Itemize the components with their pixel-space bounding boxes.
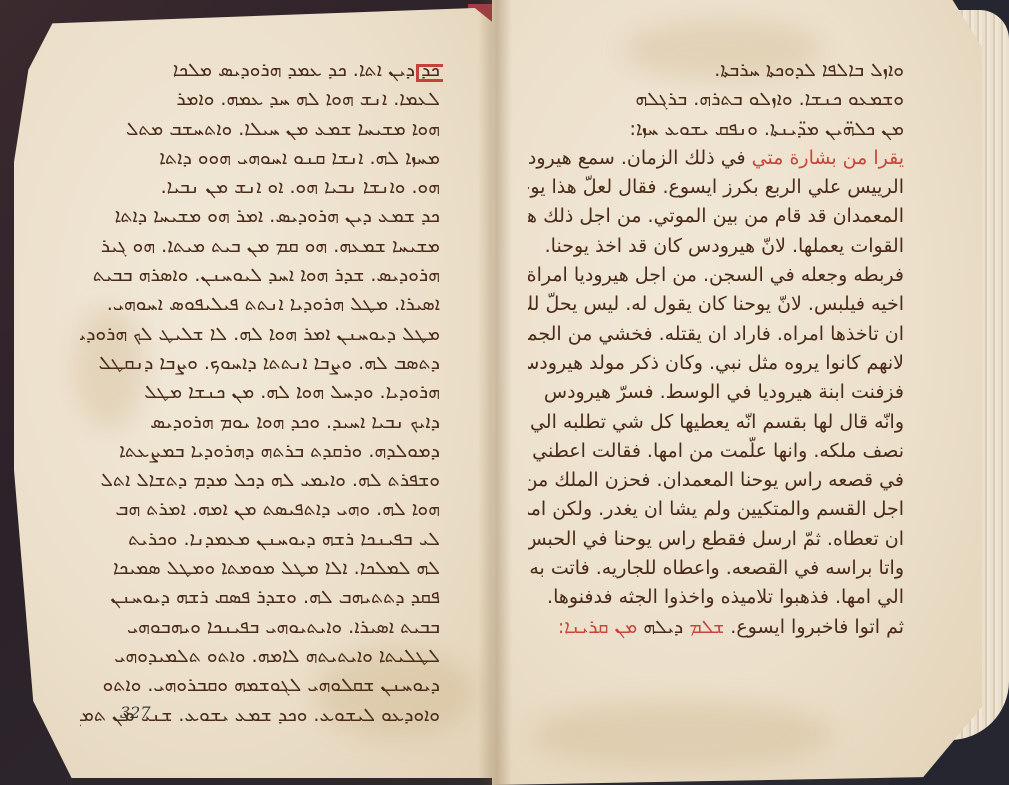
manuscript-line: ܗܘܐ ܡܫܝܚܐ ܫܡܥ ܡܢ ܚܝܠܐ. ܘܐܬܚܫܒ ܡܬܠ: [80, 115, 440, 144]
manuscript-line: ܒܒܝܬ ܐܣܝܪܐ. ܘܐܝܬܝܘܗܝ ܒܦܝܢܟܐ ܘܝܗܒܘܗܝ: [80, 613, 440, 642]
manuscript-line: ܟܕ ܕܝܢ ܐܬܐ. ܟܕ ܥܡܕ ܗܪܘܕܝܣ ܡܠܟܐ: [80, 56, 440, 85]
manuscript-line: ان تاخذها امراه. فاراد ان يقتله. فخشي من…: [528, 320, 904, 349]
manuscript-line: ܗܪܘܕܝܐ. ܘܕܚܠ ܗܘܐ ܠܗ. ܡܢ ܟܢܫܐ ܡܛܠ: [80, 378, 440, 407]
manuscript-line: ܡܫܝܚܐ ܫܡܥܗ. ܗܘ ܩܡ ܡܢ ܒܝܬ ܡܝܬܐ. ܗܘ ܓܝܪ: [80, 232, 440, 261]
manuscript-line: واتا براسه في القصعه. واعطاه للجاريه. فا…: [528, 554, 904, 583]
line-text: المعمدان قد قام من بين الموتي. من اجل ذل…: [528, 205, 904, 227]
manuscript-line: اخيه فيلبس. لانّ يوحنا كان يقول له. ليس …: [528, 290, 904, 319]
line-text: وانّه قال لها بقسم انّه يعطيها كل شي تطل…: [530, 411, 904, 433]
manuscript-line: في قصعه راس يوحنا المعمدان. فحزن الملك م…: [528, 466, 904, 495]
manuscript-line: ܗܪܘܕܝܣ. ܫܕܪ ܗܘܐ ܐܚܕ ܠܝܘܚܢܢ. ܘܐܣܪܗ ܒܒܝܬ: [80, 261, 440, 290]
manuscript-line: ܠܥܡܐ. ܐܢܫ ܗܘܐ ܠܗ ܚܕ ܥܡܗ. ܘܐܡܪ: [80, 85, 440, 114]
manuscript-line: ܗܘ. ܘܐܢܫܐ ܢܒܝܐ ܗܘ. ܐܘ ܐܢܫ ܡܢ ܢܒܝܐ.: [80, 173, 440, 202]
line-text: اجل القسم والمتكيين ولم يشا ان يغدر. ولك…: [528, 498, 904, 520]
manuscript-line: القوات يعملها. لانّ هيرودس كان قد اخذ يو…: [528, 232, 904, 261]
manuscript-line: لانهم كانوا يروه مثل نبي. وكان ذكر مولد …: [528, 349, 904, 378]
manuscript-line: المعمدان قد قام من بين الموتي. من اجل ذل…: [528, 202, 904, 231]
manuscript-line: فربطه وجعله في السجن. من اجل هيروديا امر…: [528, 261, 904, 290]
line-text: ان تعطاه. ثمّ ارسل فقطع راس يوحنا في الح…: [528, 528, 904, 550]
right-page-text: ܘܐܙܠ ܒܐܠܦܐ ܠܕܘܟܬܐ ܚܪܒܬܐ.ܘܫܡܥܘ ܟܢܫܐ. ܘܐܙܠ…: [528, 56, 904, 642]
manuscript-line: ܠܝ ܒܦܝܢܟܐ ܪܫܗ ܕܝܘܚܢܢ ܡܥܡܕܢܐ. ܘܟܪܝܬ: [80, 525, 440, 554]
manuscript-line: ܡܢ ܟܠܗ̈ܝܢ ܡܕ̈ܝܢܬܐ. ܘܢܦܩ ܝܫܘܥ ܚܙܐ:: [528, 115, 904, 144]
manuscript-line: ܘܫܦܪܬ ܠܗ. ܘܐܝܡܝ ܠܗ ܕܟܠ ܡܕܡ ܕܬܫܐܠ ܐܬܠ: [80, 466, 440, 495]
manuscript-line: نصف ملكه. وانها علّمت من امها. فقالت اعط…: [528, 437, 904, 466]
manuscript-line: اجل القسم والمتكيين ولم يشا ان يغدر. ولك…: [528, 495, 904, 524]
rubric-text: ܫܠܡ: [689, 616, 724, 638]
rubric-text: يقرا من بشارة متي: [752, 147, 904, 169]
manuscript-line: ܦܩܕ ܕܬܬܝܗܒ ܠܗ. ܘܫܕܪ ܦܣܩ ܪܫܗ ܕܝܘܚܢܢ: [80, 583, 440, 612]
water-stain: [532, 700, 832, 770]
line-text: فربطه وجعله في السجن. من اجل هيروديا امر…: [528, 264, 904, 286]
left-page-text: ܟܕ ܕܝܢ ܐܬܐ. ܟܕ ܥܡܕ ܗܪܘܕܝܣ ܡܠܟܐܠܥܡܐ. ܐܢܫ …: [80, 56, 440, 730]
rubric-text: ܡܢ ܩܪܝܢܐ:: [558, 616, 637, 638]
line-text: فزفنت ابنة هيروديا في الوسط. فسرّ هيرودس: [544, 381, 904, 403]
line-text: في قصعه راس يوحنا المعمدان. فحزن الملك م…: [528, 469, 904, 491]
manuscript-line: ܡܛܠ ܕܝܘܚܢܢ ܐܡܪ ܗܘܐ ܠܗ. ܠܐ ܫܠܝܛ ܠܟ ܗܪܘܕܝܣ…: [80, 320, 440, 349]
line-text: ܕܝܠܗ: [637, 616, 689, 638]
line-text: ثم اتوا فاخبروا ايسوع.: [724, 616, 904, 638]
manuscript-line: ܠܛܠܝܬܐ ܘܐܝܬܝܬܗ ܠܐܡܗ. ܘܐܬܘ ܬܠܡܝܕܘܗܝ: [80, 642, 440, 671]
manuscript-line: ܗܘܐ ܠܗ. ܘܗܝ ܕܐܬܦܝܣܬ ܡܢ ܐܡܗ. ܐܡܪܬ ܗܒ: [80, 495, 440, 524]
line-text: اخيه فيلبس. لانّ يوحنا كان يقول له. ليس …: [528, 293, 904, 315]
manuscript-line: ܕܡܘܠܕܗ. ܘܪܩܕܬ ܒܪܬܗ ܕܗܪܘܕܝܐ ܒܡܨܥܬܐ: [80, 437, 440, 466]
line-text: القوات يعملها. لانّ هيرودس كان قد اخذ يو…: [545, 235, 904, 257]
manuscript-line: ܘܫܡܥܘ ܟܢܫܐ. ܘܐܙܠܘ ܒܬܪܗ. ܒܪܓܠܗ: [528, 85, 904, 114]
manuscript-line: ܕܐܝܟ ܢܒܝܐ ܐܚܝܕ. ܘܟܕ ܗܘܐ ܝܘܡ ܗܪܘܕܝܣ: [80, 408, 440, 437]
line-text: الي امها. فذهبوا تلاميذه واخذوا الجثه فد…: [547, 586, 904, 608]
manuscript-line: ܕܬܣܒ ܠܗ. ܘܨܒܐ ܐܢܬܬܐ ܕܐܚܘܟ. ܘܨܒܐ ܕܢܩܛܠ: [80, 349, 440, 378]
manuscript-line: ܠܗ ܠܡܠܟܐ. ܐܠܐ ܡܛܠ ܡܘܡܬܐ ܘܡܛܠ ܣܡܝܟܐ: [80, 554, 440, 583]
manuscript-line: الرييس علي الربع بكرز ايسوع. فقال لعلّ ه…: [528, 173, 904, 202]
line-text: ان تاخذها امراه. فاراد ان يقتله. فخشي من…: [528, 323, 904, 345]
manuscript-line: ܐܣܝܪܐ. ܡܛܠ ܗܪܘܕܝܐ ܐܢܬܬ ܦܝܠܝܦܘܣ ܐܚܘܗܝ.: [80, 290, 440, 319]
manuscript-line: ܘܐܙܠ ܒܐܠܦܐ ܠܕܘܟܬܐ ܚܪܒܬܐ.: [528, 56, 904, 85]
line-text: الرييس علي الربع بكرز ايسوع. فقال لعلّ ه…: [528, 176, 904, 198]
line-text: في ذلك الزمان. سمع هيرودس: [528, 147, 752, 169]
manuscript-line: ان تعطاه. ثمّ ارسل فقطع راس يوحنا في الح…: [528, 525, 904, 554]
line-text: واتا براسه في القصعه. واعطاه للجاريه. فا…: [529, 557, 904, 579]
folio-number: 327: [120, 703, 151, 722]
book-gutter: [478, 0, 512, 785]
line-text: لانهم كانوا يروه مثل نبي. وكان ذكر مولد …: [528, 352, 904, 374]
manuscript-line: يقرا من بشارة متي في ذلك الزمان. سمع هير…: [528, 144, 904, 173]
manuscript-line: الي امها. فذهبوا تلاميذه واخذوا الجثه فد…: [528, 583, 904, 612]
manuscript-line: ܕܝܘܚܢܢ ܫܩܠܘܗܝ ܠܓܘܫܡܗ ܘܩܒܪܘܗܝ. ܘܐܬܘ: [80, 671, 440, 700]
manuscript-line: فزفنت ابنة هيروديا في الوسط. فسرّ هيرودس: [528, 378, 904, 407]
manuscript-line: ܟܕ ܫܡܥ ܕܝܢ ܗܪܘܕܝܣ. ܐܡܪ ܗܘ ܡܫܝܚܐ ܕܐܬܐ: [80, 202, 440, 231]
manuscript-line: ܡܚܙܐ ܠܗ. ܐܢܫܐ ܩܢܘ ܐܚܘܗܝ ܗܘܘ ܕܐܬܐ: [80, 144, 440, 173]
line-text: نصف ملكه. وانها علّمت من امها. فقالت اعط…: [532, 440, 904, 462]
manuscript-line: وانّه قال لها بقسم انّه يعطيها كل شي تطل…: [528, 408, 904, 437]
manuscript-line: ثم اتوا فاخبروا ايسوع. ܫܠܡ ܕܝܠܗ ܡܢ ܩܪܝܢܐ…: [528, 613, 904, 642]
